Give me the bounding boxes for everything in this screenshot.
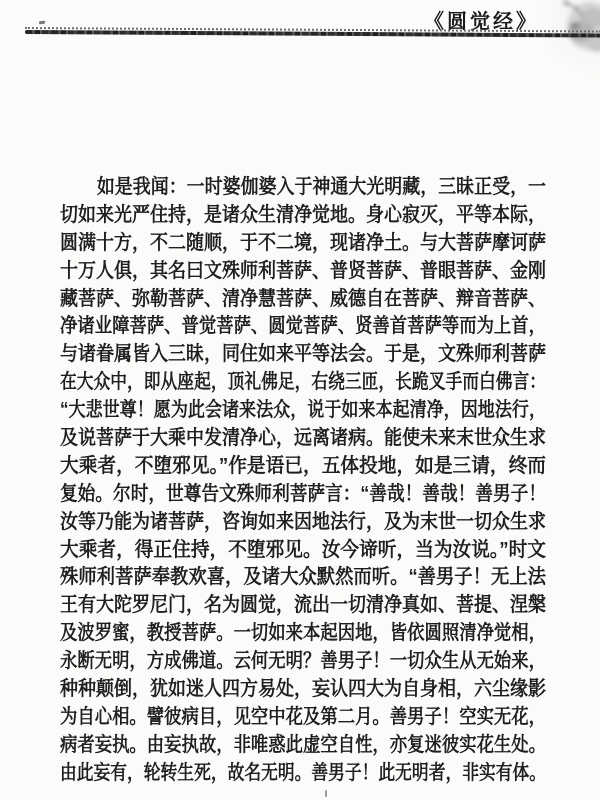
text-line: 由此妄有，轮转生死，故名无明。善男子！此无明者，非实有体。 [60, 760, 546, 788]
text-line: 圆满十方，不二随顺，于不二境，现诸净土。与大菩萨摩诃萨 [60, 230, 546, 258]
text-line: 病者妄执。由妄执故，非唯惑此虚空自性，亦复迷彼实花生处。 [60, 732, 546, 760]
text-line: 大乘者，得正住持，不堕邪见。汝今谛听，当为汝说。”时文 [60, 537, 546, 565]
text-line: 净诸业障菩萨、普觉菩萨、圆觉菩萨、贤善首菩萨等而为上首， [60, 313, 546, 341]
scan-artifact-speck [39, 21, 45, 25]
text-line: 殊师利菩萨奉教欢喜，及诸大众默然而听。“善男子！无上法 [60, 564, 546, 592]
text-line: 切如来光严住持，是诸众生清净觉地。身心寂灭，平等本际， [60, 202, 546, 230]
text-line: 王有大陀罗尼门，名为圆觉，流出一切清净真如、菩提、涅槃 [60, 592, 546, 620]
text-line: 如是我闻：一时婆伽婆入于神通大光明藏，三昧正受，一 [60, 174, 546, 202]
text-line: 为自心相。譬彼病目，见空中花及第二月。善男子！空实无花， [60, 704, 546, 732]
text-line: 及说菩萨于大乘中发清净心，远离诸病。能使未来末世众生求 [60, 425, 546, 453]
text-line: 永断无明，方成佛道。云何无明？善男子！一切众生从无始来， [60, 648, 546, 676]
text-line: “大悲世尊！愿为此会诸来法众，说于如来本起清净，因地法行， [60, 397, 546, 425]
text-line: 种种颠倒，犹如迷人四方易处，妄认四大为自身相，六尘缘影 [60, 676, 546, 704]
scanned-book-page: 《圆觉经》 如是我闻：一时婆伽婆入于神通大光明藏，三昧正受，一切如来光严住持，是… [0, 0, 600, 800]
scan-artifact-speck [325, 790, 327, 797]
decorative-ink-blot [551, 0, 600, 58]
text-line: 藏菩萨、弥勒菩萨、清净慧菩萨、威德自在菩萨、辩音菩萨、 [60, 286, 546, 314]
text-line: 大乘者，不堕邪见。”作是语已，五体投地，如是三请，终而 [60, 453, 546, 481]
text-line: 复始。尔时，世尊告文殊师利菩萨言：“善哉！善哉！善男子！ [60, 481, 546, 509]
text-line: 在大众中，即从座起，顶礼佛足，右绕三匝，长跪叉手而白佛言： [60, 369, 546, 397]
text-line: 汝等乃能为诸菩萨，咨询如来因地法行，及为末世一切众生求 [60, 509, 546, 537]
text-line: 十万人俱，其名曰文殊师利菩萨、普贤菩萨、普眼菩萨、金刚 [60, 258, 546, 286]
text-line: 与诸眷属皆入三昧，同住如来平等法会。于是，文殊师利菩萨 [60, 341, 546, 369]
sutra-text: 如是我闻：一时婆伽婆入于神通大光明藏，三昧正受，一切如来光严住持，是诸众生清净觉… [60, 174, 546, 788]
text-line: 及波罗蜜，教授菩萨。一切如来本起因地，皆依圆照清净觉相， [60, 620, 546, 648]
